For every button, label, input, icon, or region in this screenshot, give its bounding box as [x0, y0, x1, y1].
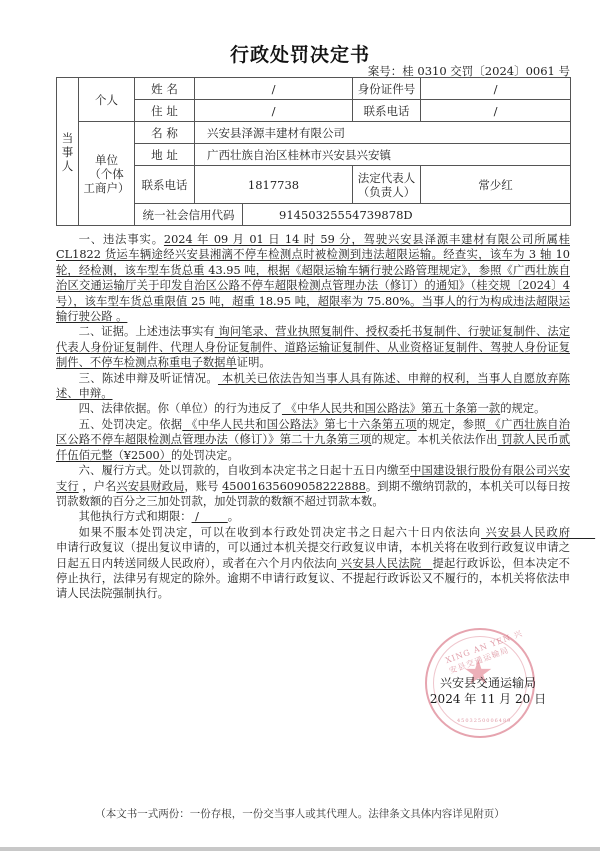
- unit-name-value: 兴安县泽源丰建材有限公司: [195, 122, 571, 144]
- individual-id-value: /: [421, 78, 571, 100]
- unit-address-label: 地 址: [135, 144, 195, 166]
- decision-body: 一、违法事实。2024 年 09 月 01 日 14 时 59 分，驾驶兴安县泽…: [56, 232, 570, 602]
- section-appeal-rights: 如果不服本处罚决定，可以在收到本行政处罚决定书之日起六十日内依法向 兴安县人民政…: [56, 525, 570, 602]
- unit-phone-value: 1817738: [195, 166, 353, 204]
- party-label: 当事人: [57, 78, 79, 226]
- section-legal-basis: 四、法律依据。你（单位）的行为违反了 《中华人民共和国公路法》第五十条第一款的规…: [56, 401, 570, 416]
- section-other-execution: 其他执行方式和期限： / 。: [56, 509, 570, 524]
- unit-address-value: 广西壮族自治区桂林市兴安县兴安镇: [195, 144, 571, 166]
- individual-label: 个人: [79, 78, 135, 122]
- individual-name-label: 姓 名: [135, 78, 195, 100]
- unit-phone-label: 联系电话: [135, 166, 195, 204]
- issuing-authority: 兴安县交通运输局: [418, 675, 558, 691]
- legal-rep-label: 法定代表人 （负责人）: [353, 166, 421, 204]
- section-statement-hearing: 三、陈述申辩及听证情况。 本机关已依法告知当事人具有陈述、申辩的权利，当事人自愿…: [56, 371, 570, 402]
- issue-date: 2024 年 11 月 20 日: [418, 691, 558, 707]
- credit-code-value: 91450325554739878D: [243, 204, 571, 226]
- legal-rep-value: 常少红: [421, 166, 571, 204]
- individual-phone-label: 联系电话: [353, 100, 421, 122]
- seal-number: 4503250006489: [457, 718, 511, 724]
- unit-name-label: 名 称: [135, 122, 195, 144]
- unit-label-line3: 工商户）: [81, 181, 132, 195]
- section-penalty-decision: 五、处罚决定。依据 《中华人民共和国公路法》第七十六条第五项的规定，参照 《广西…: [56, 417, 570, 463]
- individual-phone-value: /: [421, 100, 571, 122]
- credit-code-label: 统一社会信用代码: [135, 204, 243, 226]
- individual-name-value: /: [195, 78, 353, 100]
- section-evidence: 二、证据。上述违法事实有 询问笔录、营业执照复制件、授权委托书复制件、行驶证复制…: [56, 324, 570, 370]
- signature-block: 兴安县交通运输局 2024 年 11 月 20 日: [418, 675, 558, 707]
- unit-label-line1: 单位: [81, 153, 132, 167]
- individual-id-label: 身份证件号: [353, 78, 421, 100]
- unit-label: 单位 （个体 工商户）: [79, 122, 135, 226]
- section-payment-method: 六、履行方式。处以罚款的，自收到本决定书之日起十五日内缴至中国建设银行股份有限公…: [56, 463, 570, 509]
- individual-address-label: 住 址: [135, 100, 195, 122]
- footer-note: （本文书一式两份：一份存根，一份交当事人或其代理人。法律条文具体内容详见附页）: [0, 806, 600, 821]
- party-info-table: 当事人 个人 姓 名 / 身份证件号 / 住 址 / 联系电话 / 单位 （个体…: [56, 77, 571, 226]
- page-bottom-edge: [0, 847, 600, 851]
- individual-address-value: /: [195, 100, 353, 122]
- unit-label-line2: （个体: [81, 167, 132, 181]
- section-violation-facts: 一、违法事实。2024 年 09 月 01 日 14 时 59 分，驾驶兴安县泽…: [56, 232, 570, 324]
